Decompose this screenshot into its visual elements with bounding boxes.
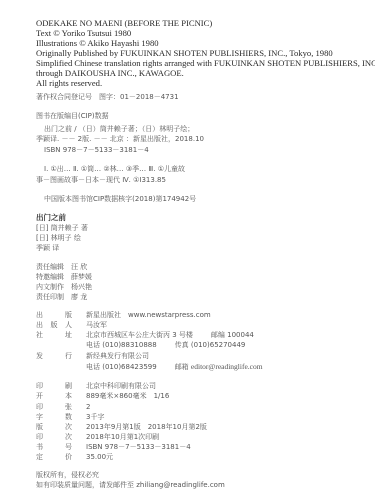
quality-contact: 如有印装质量问题，请发邮件至 zhiliang@readinglife.com bbox=[36, 480, 225, 490]
rights-line-title: ODEKAKE NO MAENI (BEFORE THE PICNIC) bbox=[36, 18, 212, 28]
print-row: 定价 35.00元 bbox=[36, 452, 113, 462]
cip-number: 中国版本图书馆CIP数据核字(2018)第174942号 bbox=[44, 194, 196, 204]
cip-line-1: 出门之前 / （日）筒井赖子著；（日）林明子绘； bbox=[44, 124, 194, 134]
rights-line-through: through DAIKOUSHA INC., KAWAGOE. bbox=[36, 68, 184, 78]
print-row: 印张 2 bbox=[36, 402, 90, 412]
staff-row: 内文制作 杨兴艳 bbox=[36, 282, 92, 292]
book-illustrator: [日] 林明子 绘 bbox=[36, 233, 81, 243]
book-translator: 季颖 译 bbox=[36, 243, 59, 253]
pub-row-address: 社址 北京市西城区车公庄大街丙 3 号楼邮编 100044 bbox=[36, 330, 254, 340]
pub-row-phone: 电话 (010)88310888传真 (010)65270449 bbox=[36, 340, 245, 350]
pub-row-distributor-contact: 电话 (010)68423599邮箱 editor@readinglife.co… bbox=[36, 362, 263, 372]
rights-line-text: Text © Yoriko Tsutsui 1980 bbox=[36, 28, 131, 38]
pub-row-publisher: 出版 新星出版社 www.newstarpress.com bbox=[36, 310, 211, 320]
print-row: 字数 3千字 bbox=[36, 412, 104, 422]
pub-row-distributor: 发行 新经典发行有限公司 bbox=[36, 351, 149, 361]
cip-isbn: ISBN 978－7－5133－3181－4 bbox=[44, 145, 149, 155]
copyright-registration: 著作权合同登记号 图字：01－2018－4731 bbox=[36, 92, 179, 102]
cip-line-2: 季颖译. －－ 2版. －－ 北京 ：新星出版社，2018.10 bbox=[36, 134, 204, 144]
copyright-page: ODEKAKE NO MAENI (BEFORE THE PICNIC) Tex… bbox=[0, 0, 375, 504]
all-rights-reserved: 版权所有，侵权必究 bbox=[36, 470, 99, 480]
rights-line-illustrations: Illustrations © Akiko Hayashi 1980 bbox=[36, 38, 159, 48]
print-row: 书号 ISBN 978－7－5133－3181－4 bbox=[36, 442, 191, 452]
print-row: 印刷 北京中科印刷有限公司 bbox=[36, 381, 156, 391]
staff-row: 责任编辑 汪 欣 bbox=[36, 262, 87, 272]
rights-line-original-publisher: Originally Published by FUKUINKAN SHOTEN… bbox=[36, 48, 333, 58]
staff-row: 责任印制 廖 龙 bbox=[36, 292, 87, 302]
rights-line-translation: Simplified Chinese translation rights ar… bbox=[36, 58, 375, 68]
rights-line-reserved: All rights reserved. bbox=[36, 78, 102, 88]
pub-row-publisher-person: 出版人 马汝军 bbox=[36, 320, 107, 330]
print-row: 印次 2018年10月第1次印刷 bbox=[36, 432, 159, 442]
cip-line-4: Ⅰ. ①出… Ⅱ. ①筒… ②林… ③季… Ⅲ. ①儿童故 bbox=[44, 164, 185, 174]
editor-email: editor@readinglife.com bbox=[191, 362, 263, 371]
book-title: 出门之前 bbox=[36, 213, 66, 223]
print-row: 开本 889毫米×860毫米 1/16 bbox=[36, 391, 169, 401]
staff-row: 特邀编辑 薛梦媛 bbox=[36, 272, 92, 282]
cip-line-5: 事－图画故事－日本－现代 Ⅳ. ①I313.85 bbox=[36, 175, 166, 185]
print-row: 版次 2013年9月第1版 2018年10月第2版 bbox=[36, 422, 207, 432]
book-author: [日] 筒井赖子 著 bbox=[36, 223, 88, 233]
cip-heading: 图书在版编目(CIP)数据 bbox=[36, 111, 109, 121]
